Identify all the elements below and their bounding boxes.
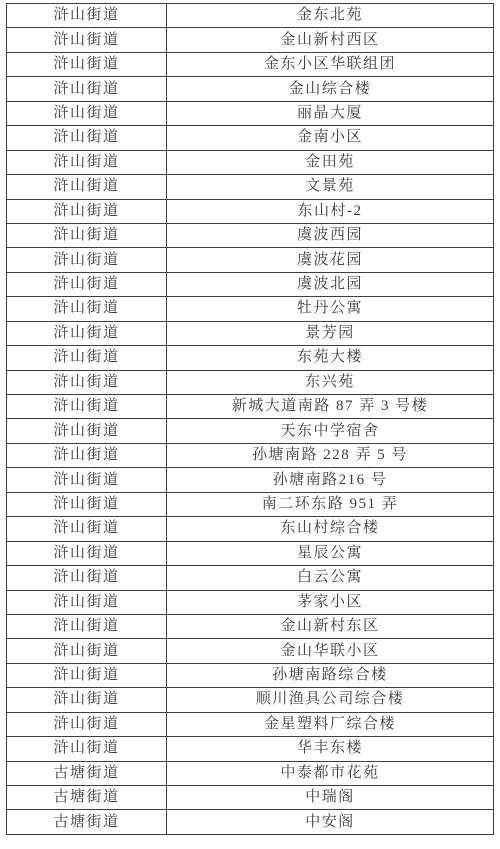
table-row: 浒山街道金山新村东区 (7, 614, 494, 638)
building-cell: 天东中学宿舍 (167, 419, 494, 443)
building-cell: 茅家小区 (167, 590, 494, 614)
building-cell: 丽晶大厦 (167, 101, 494, 125)
table-row: 浒山街道东山村-2 (7, 199, 494, 223)
building-cell: 东苑大楼 (167, 346, 494, 370)
district-cell: 浒山街道 (7, 639, 167, 663)
building-cell: 虞波花园 (167, 248, 494, 272)
district-cell: 浒山街道 (7, 737, 167, 761)
district-cell: 浒山街道 (7, 52, 167, 76)
building-cell: 金星塑料厂综合楼 (167, 712, 494, 736)
table-row: 浒山街道金南小区 (7, 126, 494, 150)
building-cell: 虞波西园 (167, 223, 494, 247)
table-row: 浒山街道东苑大楼 (7, 346, 494, 370)
building-cell: 虞波北园 (167, 272, 494, 296)
building-cell: 顺川渔具公司综合楼 (167, 688, 494, 712)
table-row: 浒山街道星辰公寓 (7, 541, 494, 565)
building-cell: 孙塘南路 228 弄 5 号 (167, 443, 494, 467)
table-row: 古塘街道中安阁 (7, 810, 494, 835)
district-cell: 浒山街道 (7, 28, 167, 52)
district-building-table: 浒山街道金东北苑浒山街道金山新村西区浒山街道金东小区华联组团浒山街道金山综合楼浒… (6, 3, 494, 835)
page: 浒山街道金东北苑浒山街道金山新村西区浒山街道金东小区华联组团浒山街道金山综合楼浒… (0, 0, 500, 849)
district-cell: 浒山街道 (7, 663, 167, 687)
building-cell: 孙塘南路综合楼 (167, 663, 494, 687)
building-cell: 金东北苑 (167, 4, 494, 28)
building-cell: 金山新村西区 (167, 28, 494, 52)
building-cell: 景芳园 (167, 321, 494, 345)
district-cell: 浒山街道 (7, 468, 167, 492)
table-row: 浒山街道茅家小区 (7, 590, 494, 614)
district-cell: 浒山街道 (7, 150, 167, 174)
district-cell: 浒山街道 (7, 712, 167, 736)
district-cell: 浒山街道 (7, 590, 167, 614)
building-cell: 金山新村东区 (167, 614, 494, 638)
district-cell: 浒山街道 (7, 223, 167, 247)
district-cell: 浒山街道 (7, 248, 167, 272)
table-row: 浒山街道丽晶大厦 (7, 101, 494, 125)
building-cell: 东兴苑 (167, 370, 494, 394)
building-cell: 中安阁 (167, 810, 494, 835)
table-row: 浒山街道东兴苑 (7, 370, 494, 394)
building-cell: 金南小区 (167, 126, 494, 150)
table-row: 古塘街道中泰都市花苑 (7, 761, 494, 785)
district-cell: 浒山街道 (7, 443, 167, 467)
building-cell: 新城大道南路 87 弄 3 号楼 (167, 395, 494, 419)
table-row: 浒山街道金山新村西区 (7, 28, 494, 52)
table-row: 浒山街道金山华联小区 (7, 639, 494, 663)
district-cell: 浒山街道 (7, 321, 167, 345)
building-cell: 中瑞阁 (167, 786, 494, 810)
district-cell: 浒山街道 (7, 346, 167, 370)
table-row: 浒山街道虞波西园 (7, 223, 494, 247)
district-cell: 浒山街道 (7, 688, 167, 712)
table-row: 古塘街道中瑞阁 (7, 786, 494, 810)
table-body: 浒山街道金东北苑浒山街道金山新村西区浒山街道金东小区华联组团浒山街道金山综合楼浒… (7, 4, 494, 835)
table-row: 浒山街道新城大道南路 87 弄 3 号楼 (7, 395, 494, 419)
building-cell: 华丰东楼 (167, 737, 494, 761)
building-cell: 金田苑 (167, 150, 494, 174)
district-cell: 浒山街道 (7, 297, 167, 321)
district-cell: 浒山街道 (7, 4, 167, 28)
district-cell: 浒山街道 (7, 101, 167, 125)
district-cell: 浒山街道 (7, 541, 167, 565)
building-cell: 东山村综合楼 (167, 517, 494, 541)
district-cell: 浒山街道 (7, 492, 167, 516)
building-cell: 文景苑 (167, 175, 494, 199)
table-row: 浒山街道南二环东路 951 弄 (7, 492, 494, 516)
table-row: 浒山街道虞波花园 (7, 248, 494, 272)
table-row: 浒山街道天东中学宿舍 (7, 419, 494, 443)
building-cell: 牡丹公寓 (167, 297, 494, 321)
district-cell: 古塘街道 (7, 761, 167, 785)
district-cell: 浒山街道 (7, 370, 167, 394)
district-cell: 浒山街道 (7, 199, 167, 223)
district-cell: 浒山街道 (7, 419, 167, 443)
building-cell: 白云公寓 (167, 566, 494, 590)
building-cell: 南二环东路 951 弄 (167, 492, 494, 516)
district-cell: 浒山街道 (7, 77, 167, 101)
district-cell: 浒山街道 (7, 126, 167, 150)
table-row: 浒山街道虞波北园 (7, 272, 494, 296)
district-cell: 古塘街道 (7, 786, 167, 810)
table-row: 浒山街道白云公寓 (7, 566, 494, 590)
table-row: 浒山街道景芳园 (7, 321, 494, 345)
district-cell: 浒山街道 (7, 175, 167, 199)
district-cell: 浒山街道 (7, 517, 167, 541)
district-cell: 浒山街道 (7, 614, 167, 638)
district-cell: 浒山街道 (7, 395, 167, 419)
building-cell: 金山综合楼 (167, 77, 494, 101)
table-row: 浒山街道华丰东楼 (7, 737, 494, 761)
building-cell: 星辰公寓 (167, 541, 494, 565)
building-cell: 金东小区华联组团 (167, 52, 494, 76)
table-row: 浒山街道金星塑料厂综合楼 (7, 712, 494, 736)
district-cell: 浒山街道 (7, 272, 167, 296)
table-row: 浒山街道孙塘南路综合楼 (7, 663, 494, 687)
building-cell: 孙塘南路216 号 (167, 468, 494, 492)
building-cell: 中泰都市花苑 (167, 761, 494, 785)
table-row: 浒山街道金东小区华联组团 (7, 52, 494, 76)
table-row: 浒山街道金田苑 (7, 150, 494, 174)
district-cell: 古塘街道 (7, 810, 167, 835)
table-row: 浒山街道文景苑 (7, 175, 494, 199)
table-row: 浒山街道孙塘南路 228 弄 5 号 (7, 443, 494, 467)
building-cell: 金山华联小区 (167, 639, 494, 663)
district-cell: 浒山街道 (7, 566, 167, 590)
building-cell: 东山村-2 (167, 199, 494, 223)
table-container: 浒山街道金东北苑浒山街道金山新村西区浒山街道金东小区华联组团浒山街道金山综合楼浒… (6, 3, 494, 835)
table-row: 浒山街道牡丹公寓 (7, 297, 494, 321)
table-row: 浒山街道金山综合楼 (7, 77, 494, 101)
table-row: 浒山街道顺川渔具公司综合楼 (7, 688, 494, 712)
table-row: 浒山街道东山村综合楼 (7, 517, 494, 541)
table-row: 浒山街道孙塘南路216 号 (7, 468, 494, 492)
table-row: 浒山街道金东北苑 (7, 4, 494, 28)
